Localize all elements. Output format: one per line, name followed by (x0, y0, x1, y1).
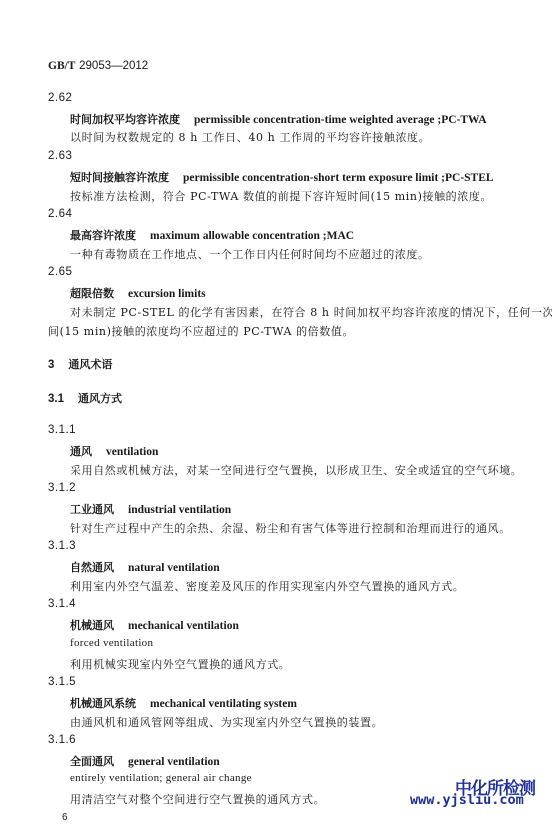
term-definition: 针对生产过程中产生的余热、余湿、粉尘和有害气体等进行控制和治理而进行的通风。 (70, 520, 511, 536)
term-zh: 通风 (70, 445, 92, 458)
entry-number: 3.1.5 (48, 676, 76, 688)
term-zh: 自然通风 (70, 561, 114, 574)
term-definition-line1: 对未制定 PC-STEL 的化学有害因素，在符合 8 h 时间加权平均容许浓度的… (70, 304, 552, 320)
term-definition: 按标准方法检测，符合 PC-TWA 数值的前提下容许短时间(15 min)接触的… (70, 188, 492, 204)
term-heading: 时间加权平均容许浓度permissible concentration-time… (70, 111, 487, 127)
term-en: industrial ventilation (128, 504, 231, 516)
subsection-number: 3.1 (48, 393, 64, 405)
entry-number: 2.64 (48, 208, 72, 220)
term-en: maximum allowable concentration ;MAC (150, 230, 354, 242)
term-heading: 工业通风industrial ventilation (70, 501, 231, 517)
section-title: 通风术语 (68, 358, 112, 371)
term-definition: 用清洁空气对整个空间进行空气置换的通风方式。 (70, 791, 325, 807)
term-heading: 机械通风mechanical ventilation (70, 617, 239, 633)
term-zh: 机械通风系统 (70, 697, 136, 710)
standard-prefix: GB/T (48, 60, 75, 72)
entry-number: 2.65 (48, 266, 72, 278)
entry-number: 3.1.3 (48, 540, 76, 552)
entry-number: 3.1.2 (48, 482, 76, 494)
term-synonym: forced ventilation (70, 637, 153, 649)
term-definition: 由通风机和通风管网等组成、为实现室内外空气置换的装置。 (70, 714, 383, 730)
term-heading: 通风ventilation (70, 443, 158, 459)
entry-number: 3.1.6 (48, 734, 76, 746)
term-definition: 一种有毒物质在工作地点、一个工作日内任何时间均不应超过的浓度。 (70, 246, 430, 262)
term-zh: 机械通风 (70, 619, 114, 632)
entry-number: 2.62 (48, 92, 72, 104)
term-zh: 最高容许浓度 (70, 229, 136, 242)
standard-number: 29053—2012 (79, 60, 148, 72)
term-heading: 短时间接触容许浓度permissible concentration-short… (70, 169, 494, 185)
term-synonym: entirely ventilation; general air change (70, 772, 252, 784)
page-number: 6 (62, 812, 68, 823)
term-en: excursion limits (128, 288, 206, 300)
entry-number: 3.1.1 (48, 424, 76, 436)
term-en: mechanical ventilation (128, 620, 239, 632)
term-en: ventilation (106, 446, 158, 458)
term-en: mechanical ventilating system (150, 698, 297, 710)
section-number: 3 (48, 359, 54, 371)
term-en: permissible concentration-short term exp… (183, 172, 494, 184)
term-definition-line2: 间(15 min)接触的浓度均不应超过的 PC-TWA 的倍数值。 (48, 323, 354, 339)
term-zh: 短时间接触容许浓度 (70, 171, 169, 184)
watermark-url: www.yjsliu.com (410, 792, 524, 808)
standard-header: GB/T 29053—2012 (48, 58, 148, 72)
term-definition: 利用机械实现室内外空气置换的通风方式。 (70, 656, 290, 672)
term-definition: 以时间为权数规定的 8 h 工作日、40 h 工作周的平均容许接触浓度。 (70, 129, 430, 145)
term-zh: 超限倍数 (70, 287, 114, 300)
term-zh: 时间加权平均容许浓度 (70, 113, 180, 126)
term-en: natural ventilation (128, 562, 220, 574)
section-heading: 3通风术语 (48, 356, 112, 372)
term-heading: 最高容许浓度maximum allowable concentration ;M… (70, 227, 354, 243)
term-en: permissible concentration-time weighted … (194, 114, 487, 126)
subsection-heading: 3.1通风方式 (48, 390, 122, 406)
entry-number: 2.63 (48, 150, 72, 162)
term-definition: 采用自然或机械方法，对某一空间进行空气置换，以形成卫生、安全或适宜的空气环境。 (70, 462, 522, 478)
subsection-title: 通风方式 (78, 392, 122, 405)
term-heading: 超限倍数excursion limits (70, 285, 206, 301)
term-en: general ventilation (128, 756, 220, 768)
term-definition: 利用室内外空气温差、密度差及风压的作用实现室内外空气置换的通风方式。 (70, 578, 464, 594)
term-heading: 全面通风general ventilation (70, 753, 220, 769)
term-zh: 全面通风 (70, 755, 114, 768)
term-zh: 工业通风 (70, 503, 114, 516)
term-heading: 自然通风natural ventilation (70, 559, 220, 575)
term-heading: 机械通风系统mechanical ventilating system (70, 695, 297, 711)
entry-number: 3.1.4 (48, 598, 76, 610)
